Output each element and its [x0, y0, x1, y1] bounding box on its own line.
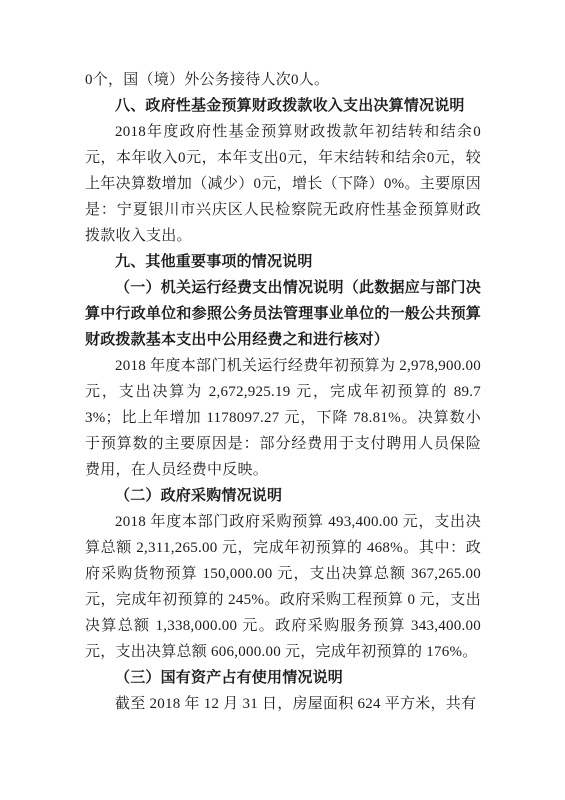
section-8-heading: 八、政府性基金预算财政拨款收入支出决算情况说明 [85, 93, 481, 119]
section-8-paragraph: 2018年度政府性基金预算财政拨款年初结转和结余0元，本年收入0元，本年支出0元… [85, 119, 481, 249]
section-9-1-heading: （一）机关运行经费支出情况说明（此数据应与部门决算中行政单位和参照公务员法管理事… [85, 275, 481, 353]
section-9-3-heading: （三）国有资产占有使用情况说明 [85, 665, 481, 691]
document-text-block: 0个，国（境）外公务接待人次0人。 八、政府性基金预算财政拨款收入支出决算情况说… [85, 67, 481, 717]
section-9-2-heading: （二）政府采购情况说明 [85, 483, 481, 509]
continuation-paragraph: 0个，国（境）外公务接待人次0人。 [85, 67, 481, 93]
section-9-3-paragraph: 截至 2018 年 12 月 31 日，房屋面积 624 平方米，共有 [85, 691, 481, 717]
document-page: 0个，国（境）外公务接待人次0人。 八、政府性基金预算财政拨款收入支出决算情况说… [0, 0, 565, 800]
section-9-heading: 九、其他重要事项的情况说明 [85, 249, 481, 275]
section-9-2-paragraph: 2018 年度本部门政府采购预算 493,400.00 元，支出决算总额 2,3… [85, 509, 481, 665]
section-9-1-paragraph: 2018 年度本部门机关运行经费年初预算为 2,978,900.00 元，支出决… [85, 353, 481, 483]
